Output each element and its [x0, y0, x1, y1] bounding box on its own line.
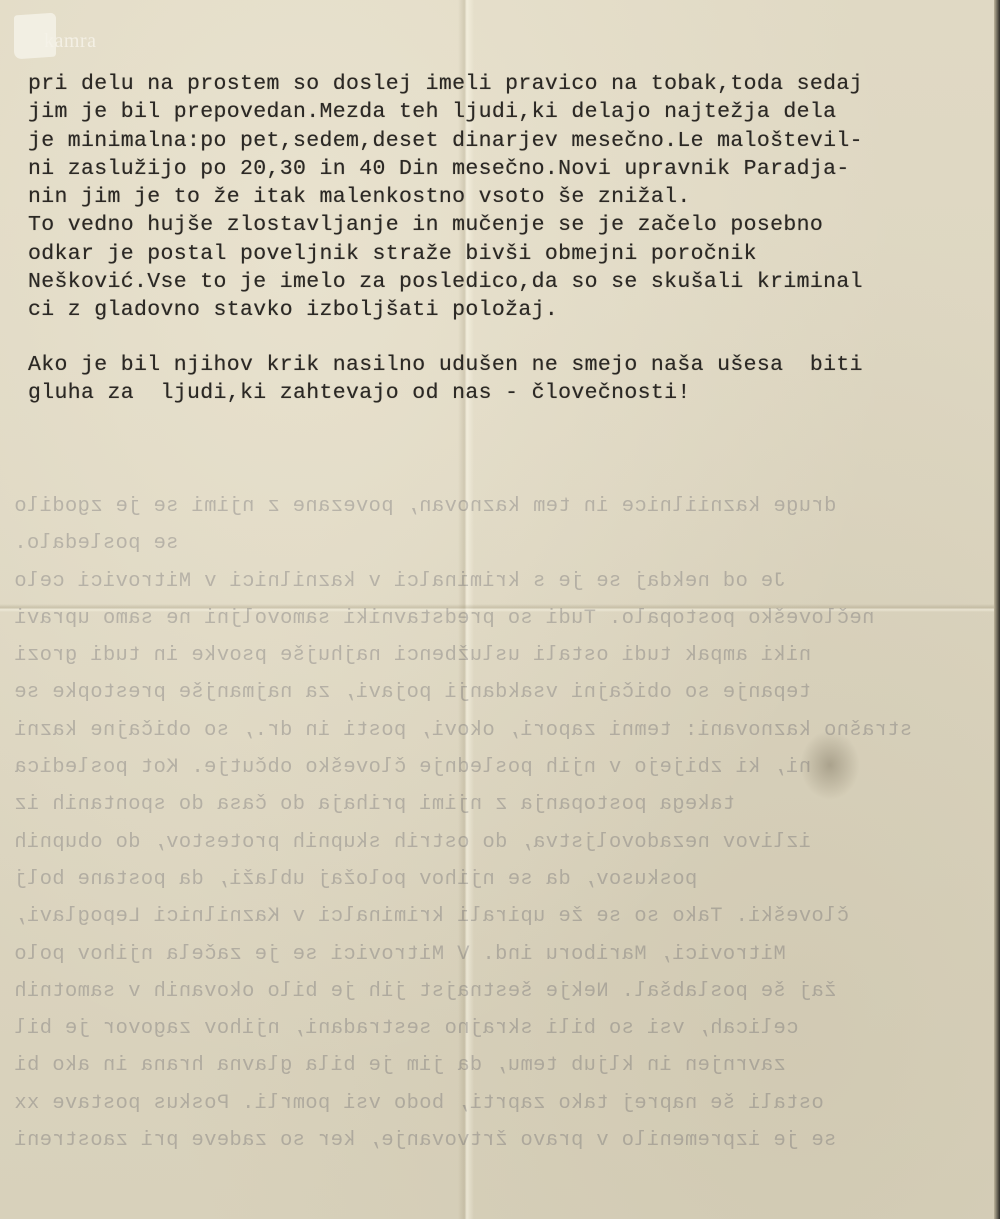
bleed-line: druge kazniilnice in tem kaznovan, povez…: [14, 488, 1000, 525]
bleed-line: ostali še naprej tako zaprti, bodo vsi p…: [14, 1085, 1000, 1122]
paragraph-2: Ako je bil njihov krik nasilno udušen ne…: [28, 351, 1000, 408]
scanned-document-page: kamra druge kazniilnice in tem kaznovan,…: [0, 0, 1000, 1219]
bleed-line: zavrnjen in kljub temu, da jim je bila g…: [14, 1047, 1000, 1084]
bleed-line: poskusov, da se njihov položaj ublaži, d…: [14, 861, 1000, 898]
bleed-line: tepanje so običajni vsakdanji pojavi, za…: [14, 674, 1000, 711]
bleed-line: izlivov nezadovoljstva, do ostrih skupni…: [14, 824, 1000, 861]
text-line: ni zaslužijo po 20,30 in 40 Din mesečno.…: [28, 155, 1000, 183]
bleed-line: celicah, vsi so bili skrajno sestradani,…: [14, 1010, 1000, 1047]
bleed-line: strašno kaznovani: temni zapori, okovi, …: [14, 712, 1000, 749]
text-line: ci z gladovno stavko izboljšati položaj.: [28, 296, 1000, 324]
bleed-line: takega postopanja z njimi prihaja do čas…: [14, 786, 1000, 823]
kamra-logo-text: kamra: [44, 30, 96, 53]
paragraph-gap: [28, 325, 1000, 351]
bleed-line: nečloveško postopalo. Tudi so predstavni…: [14, 600, 1000, 637]
bleed-through-text: druge kazniilnice in tem kaznovan, povez…: [14, 488, 1000, 1159]
text-line: je minimalna:po pet,sedem,deset dinarjev…: [28, 127, 1000, 155]
text-line: To vedno hujše zlostavljanje in mučenje …: [28, 211, 1000, 239]
kamra-watermark-logo: kamra: [14, 12, 114, 58]
bleed-line: Mitrovici, Mariboru ind. V Mitrovici se …: [14, 936, 1000, 973]
bleed-line: Je od nekdaj se je s kriminalci v kaznil…: [14, 563, 1000, 600]
text-line: nin jim je to že itak malenkostno vsoto …: [28, 183, 1000, 211]
bleed-line: se posledalo.: [14, 525, 1000, 562]
bleed-line: žaj še poslabšal. Nekje šestnajst jih je…: [14, 973, 1000, 1010]
text-line: Nešković.Vse to je imelo za posledico,da…: [28, 268, 1000, 296]
bleed-line: niki ampak tudi ostali uslužbenci najhuj…: [14, 637, 1000, 674]
bleed-line: ni, ki zbijejo v njih poslednje človeško…: [14, 749, 1000, 786]
bleed-line: se je izpremenilo v pravo žrtvovanje, ke…: [14, 1122, 1000, 1159]
typed-letter-body: pri delu na prostem so doslej imeli prav…: [28, 70, 1000, 407]
text-line: pri delu na prostem so doslej imeli prav…: [28, 70, 1000, 98]
paragraph-1: pri delu na prostem so doslej imeli prav…: [28, 70, 1000, 325]
text-line: odkar je postal poveljnik straže bivši o…: [28, 240, 1000, 268]
text-line: jim je bil prepovedan.Mezda teh ljudi,ki…: [28, 98, 1000, 126]
bleed-line: človeški. Tako so se že upirali kriminal…: [14, 898, 1000, 935]
text-line: Ako je bil njihov krik nasilno udušen ne…: [28, 351, 1000, 379]
text-line: gluha za ljudi,ki zahtevajo od nas - člo…: [28, 379, 1000, 407]
